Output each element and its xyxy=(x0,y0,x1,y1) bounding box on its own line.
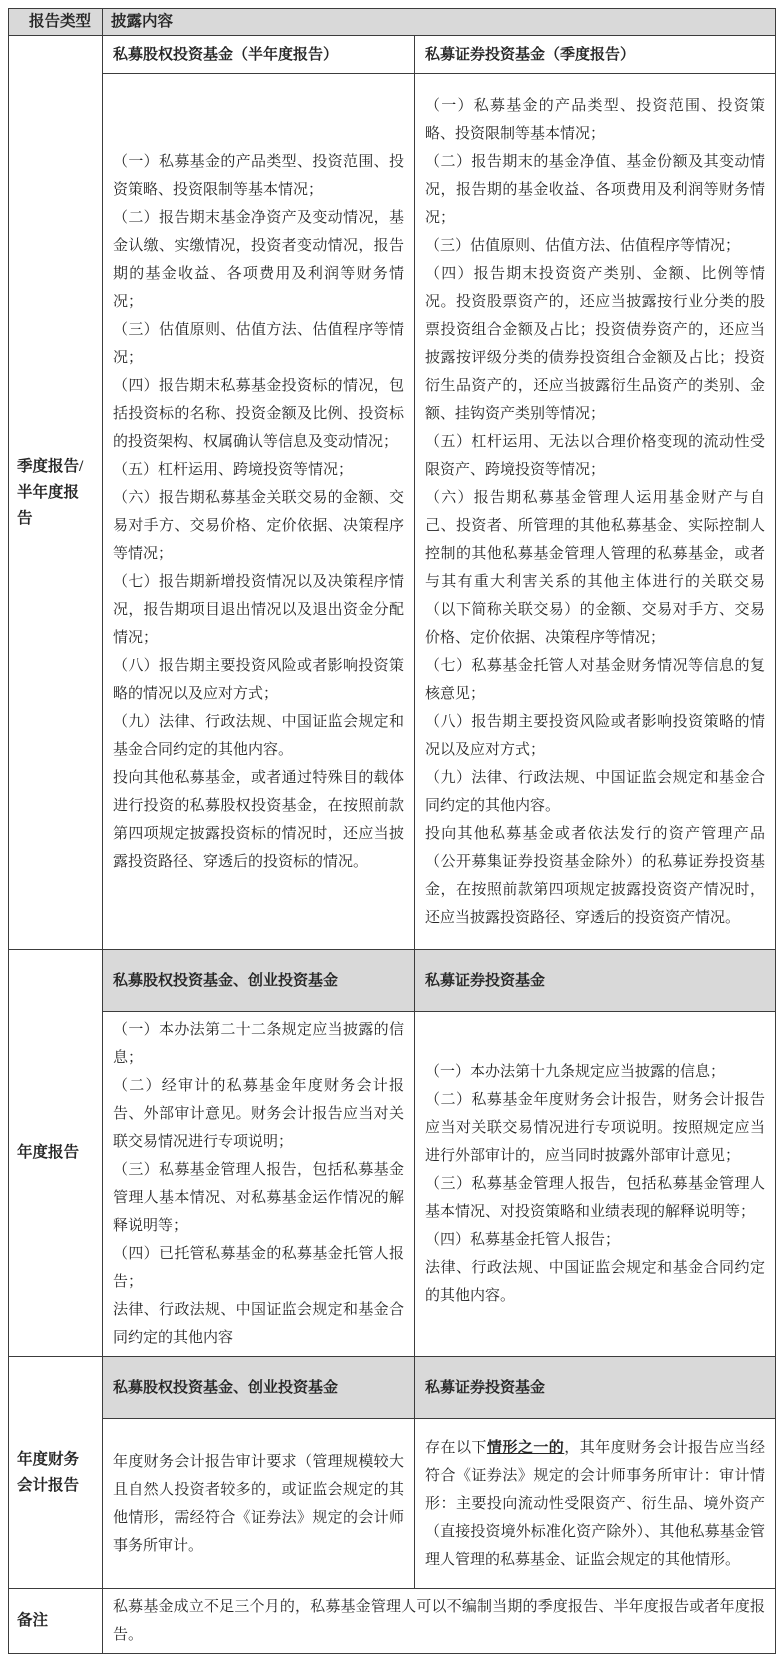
content-securities-fund-periodic: （一）私募基金的产品类型、投资范围、投资策略、投资限制等基本情况；（二）报告期末… xyxy=(415,74,776,950)
paragraph: 私募基金成立不足三个月的，私募基金管理人可以不编制当期的季度报告、半年度报告或者… xyxy=(113,1593,765,1649)
paragraph: （一）私募基金的产品类型、投资范围、投资策略、投资限制等基本情况； xyxy=(113,148,404,204)
paragraph: （八）报告期主要投资风险或者影响投资策略的情况以及应对方式； xyxy=(425,708,765,764)
paragraph: （九）法律、行政法规、中国证监会规定和基金合同约定的其他内容。 xyxy=(113,708,404,764)
document-page: 报告类型 披露内容 季度报告/半年度报告 私募股权投资基金（半年度报告） 私募证… xyxy=(0,0,783,1666)
paragraph: （三）估值原则、估值方法、估值程序等情况； xyxy=(113,316,404,372)
paragraph: （三）私募基金管理人报告，包括私募基金管理人基本情况、对私募基金运作情况的解释说… xyxy=(113,1156,404,1240)
paragraph: （九）法律、行政法规、中国证监会规定和基金合同约定的其他内容。 xyxy=(425,764,765,820)
paragraph: （二）报告期末基金净资产及变动情况，基金认缴、实缴情况，投资者变动情况，报告期的… xyxy=(113,204,404,316)
paragraph: （一）私募基金的产品类型、投资范围、投资策略、投资限制等基本情况； xyxy=(425,92,765,148)
section3-content-row: 年度财务会计报告审计要求（管理规模较大且自然人投资者较多的，或证监会规定的其他情… xyxy=(9,1419,776,1589)
table-header-row: 报告类型 披露内容 xyxy=(9,9,776,36)
row-label-annual-report: 年度报告 xyxy=(9,950,103,1357)
content-equity-fund-annual: （一）本办法第二十二条规定应当披露的信息；（二）经审计的私募基金年度财务会计报告… xyxy=(103,1012,415,1357)
content-equity-fund-audit-requirement: 年度财务会计报告审计要求（管理规模较大且自然人投资者较多的，或证监会规定的其他情… xyxy=(103,1419,415,1589)
paragraph: （四）已托管私募基金的私募基金托管人报告； xyxy=(113,1240,404,1296)
paragraph: （五）杠杆运用、跨境投资等情况； xyxy=(113,456,404,484)
content-securities-fund-audit-requirement: 存在以下情形之一的，其年度财务会计报告应当经符合《证券法》规定的会计师事务所审计… xyxy=(415,1419,776,1589)
subheader-equity-venture-fund-audit: 私募股权投资基金、创业投资基金 xyxy=(103,1357,415,1419)
paragraph: （三）私募基金管理人报告，包括私募基金管理人基本情况、对投资策略和业绩表现的解释… xyxy=(425,1170,765,1226)
paragraph: 投向其他私募基金，或者通过特殊目的载体进行投资的私募股权投资基金，在按照前款第四… xyxy=(113,764,404,876)
subheader-securities-fund: 私募证券投资基金 xyxy=(415,950,776,1012)
note-row: 备注 私募基金成立不足三个月的，私募基金管理人可以不编制当期的季度报告、半年度报… xyxy=(9,1589,776,1654)
header-disclosure-content: 披露内容 xyxy=(103,9,776,36)
paragraph: （八）报告期主要投资风险或者影响投资策略的情况以及应对方式； xyxy=(113,652,404,708)
subheader-equity-venture-fund: 私募股权投资基金、创业投资基金 xyxy=(103,950,415,1012)
paragraph: 法律、行政法规、中国证监会规定和基金合同约定的其他内容 xyxy=(113,1296,404,1352)
paragraph: 年度财务会计报告审计要求（管理规模较大且自然人投资者较多的，或证监会规定的其他情… xyxy=(113,1448,404,1560)
disclosure-requirements-table: 报告类型 披露内容 季度报告/半年度报告 私募股权投资基金（半年度报告） 私募证… xyxy=(8,8,776,1654)
emphasized-text: 情形之一的 xyxy=(487,1440,564,1456)
paragraph: 法律、行政法规、中国证监会规定和基金合同约定的其他内容。 xyxy=(425,1254,765,1310)
paragraph: （二）报告期末的基金净值、基金份额及其变动情况，报告期的基金收益、各项费用及利润… xyxy=(425,148,765,232)
section1-content-row: （一）私募基金的产品类型、投资范围、投资策略、投资限制等基本情况；（二）报告期末… xyxy=(9,74,776,950)
content-equity-fund-periodic: （一）私募基金的产品类型、投资范围、投资策略、投资限制等基本情况；（二）报告期末… xyxy=(103,74,415,950)
row-label-annual-financial-report: 年度财务会计报告 xyxy=(9,1357,103,1589)
content-securities-fund-annual: （一）本办法第十九条规定应当披露的信息；（二）私募基金年度财务会计报告，财务会计… xyxy=(415,1012,776,1357)
paragraph: 存在以下情形之一的，其年度财务会计报告应当经符合《证券法》规定的会计师事务所审计… xyxy=(425,1434,765,1574)
paragraph: （七）私募基金托管人对基金财务情况等信息的复核意见； xyxy=(425,652,765,708)
text-run: ，其年度财务会计报告应当经符合《证券法》规定的会计师事务所审计：审计情形：主要投… xyxy=(425,1440,765,1568)
paragraph: （四）报告期末投资资产类别、金额、比例等情况。投资股票资产的，还应当披露按行业分… xyxy=(425,260,765,428)
paragraph: （二）经审计的私募基金年度财务会计报告、外部审计意见。财务会计报告应当对关联交易… xyxy=(113,1072,404,1156)
paragraph: （一）本办法第二十二条规定应当披露的信息； xyxy=(113,1016,404,1072)
paragraph: （六）报告期私募基金关联交易的金额、交易对手方、交易价格、定价依据、决策程序等情… xyxy=(113,484,404,568)
header-report-type: 报告类型 xyxy=(9,9,103,36)
paragraph: （二）私募基金年度财务会计报告，财务会计报告应当对关联交易情况进行专项说明。按照… xyxy=(425,1086,765,1170)
subheader-equity-fund-semiannual: 私募股权投资基金（半年度报告） xyxy=(103,36,415,74)
note-content: 私募基金成立不足三个月的，私募基金管理人可以不编制当期的季度报告、半年度报告或者… xyxy=(103,1589,776,1654)
subheader-securities-fund-audit: 私募证券投资基金 xyxy=(415,1357,776,1419)
paragraph: （五）杠杆运用、无法以合理价格变现的流动性受限资产、跨境投资等情况； xyxy=(425,428,765,484)
row-label-note: 备注 xyxy=(9,1589,103,1654)
section3-subheader-row: 年度财务会计报告 私募股权投资基金、创业投资基金 私募证券投资基金 xyxy=(9,1357,776,1419)
row-label-quarterly-semiannual-report: 季度报告/半年度报告 xyxy=(9,36,103,950)
paragraph: （六）报告期私募基金管理人运用基金财产与自己、投资者、所管理的其他私募基金、实际… xyxy=(425,484,765,652)
paragraph: （一）本办法第十九条规定应当披露的信息； xyxy=(425,1058,765,1086)
section1-subheader-row: 季度报告/半年度报告 私募股权投资基金（半年度报告） 私募证券投资基金（季度报告… xyxy=(9,36,776,74)
subheader-securities-fund-quarterly: 私募证券投资基金（季度报告） xyxy=(415,36,776,74)
paragraph: （四）报告期末私募基金投资标的情况，包括投资标的名称、投资金额及比例、投资标的投… xyxy=(113,372,404,456)
paragraph: （七）报告期新增投资情况以及决策程序情况，报告期项目退出情况以及退出资金分配情况… xyxy=(113,568,404,652)
paragraph: （三）估值原则、估值方法、估值程序等情况； xyxy=(425,232,765,260)
paragraph: （四）私募基金托管人报告； xyxy=(425,1226,765,1254)
section2-subheader-row: 年度报告 私募股权投资基金、创业投资基金 私募证券投资基金 xyxy=(9,950,776,1012)
paragraph: 投向其他私募基金或者依法发行的资产管理产品（公开募集证券投资基金除外）的私募证券… xyxy=(425,820,765,932)
text-run: 存在以下 xyxy=(425,1440,487,1456)
section2-content-row: （一）本办法第二十二条规定应当披露的信息；（二）经审计的私募基金年度财务会计报告… xyxy=(9,1012,776,1357)
